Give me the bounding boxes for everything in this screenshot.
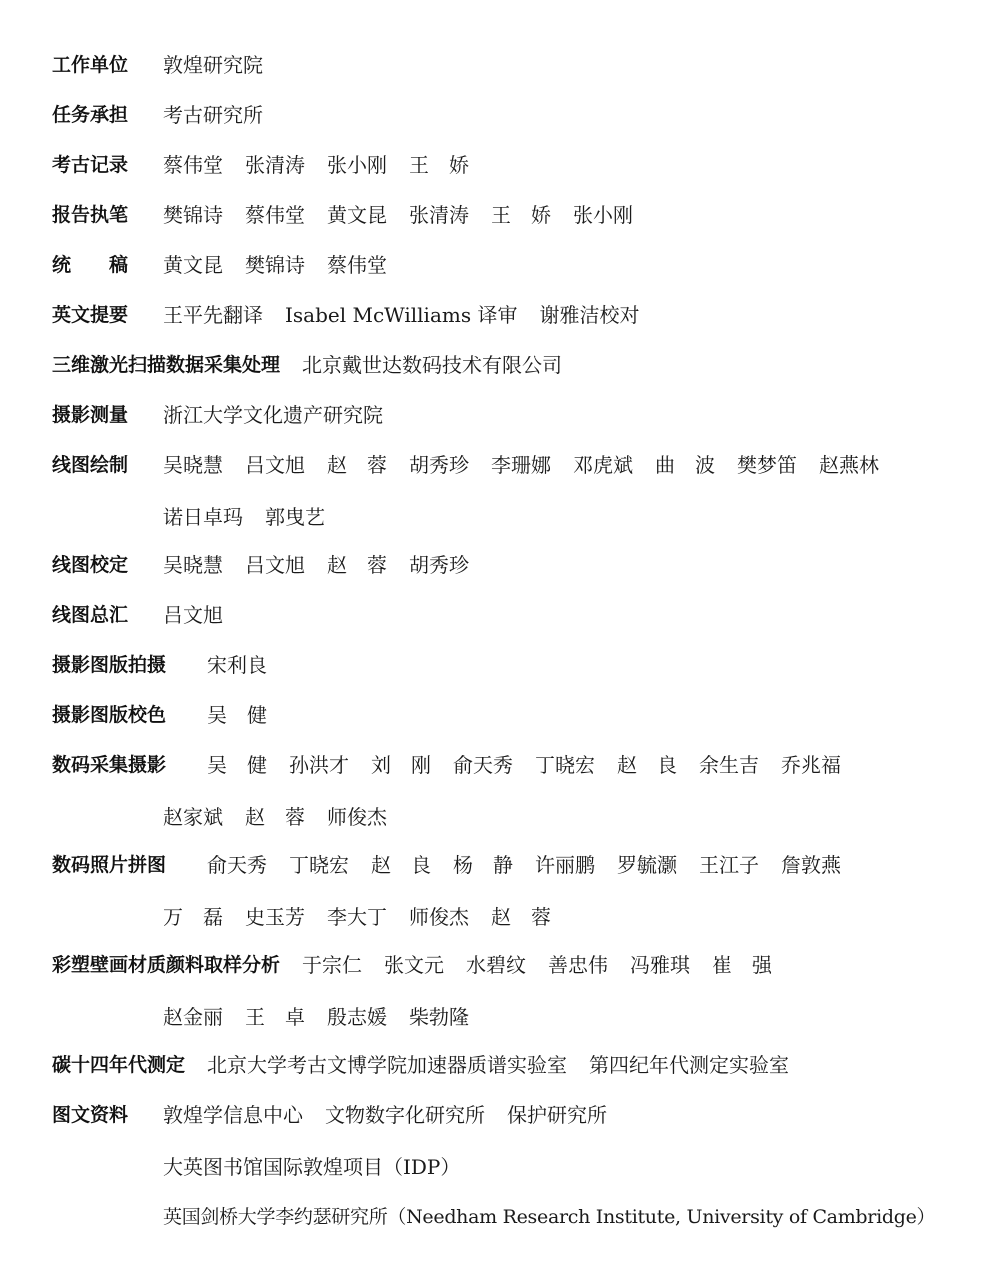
credit-value: 赵燕林 <box>819 450 879 480</box>
credit-value: 蔡伟堂 <box>327 250 387 280</box>
credit-value: 张文元 <box>384 950 444 980</box>
credit-label: 工作单位 <box>52 50 163 80</box>
credit-value: 吴晓慧 <box>163 550 223 580</box>
credit-label: 线图绘制 <box>52 450 163 480</box>
credit-value: 第四纪年代测定实验室 <box>589 1050 789 1080</box>
credit-value: 胡秀珍 <box>409 550 469 580</box>
credit-value: 赵 良 <box>617 750 677 780</box>
credit-value: 俞天秀 <box>453 750 513 780</box>
credit-label: 摄影测量 <box>52 400 163 430</box>
credit-value: 黄文昆 <box>163 250 223 280</box>
credit-value: 北京大学考古文博学院加速器质谱实验室 <box>207 1050 567 1080</box>
credit-value: 文物数字化研究所 <box>325 1100 485 1130</box>
credit-value: 赵金丽 <box>163 1001 223 1030</box>
credit-value: 李大丁 <box>327 901 387 930</box>
credit-value: 大英图书馆国际敦煌项目（IDP） <box>163 1151 460 1180</box>
credit-row-line-drawing-continued: 诺日卓玛 郭曳艺 <box>163 500 347 530</box>
credit-value: 余生吉 <box>699 750 759 780</box>
credit-value: 张小刚 <box>327 150 387 180</box>
credit-value: 史玉芳 <box>245 901 305 930</box>
credit-row-material-analysis: 彩塑壁画材质颜料取样分析 于宗仁 张文元 水碧纹 善忠伟 冯雅琪 崔 强 <box>52 950 794 980</box>
credit-row-image-materials-continued-2: 英国剑桥大学李约瑟研究所（Needham Research Institute,… <box>163 1200 957 1230</box>
credit-value: 吕文旭 <box>245 550 305 580</box>
credit-value: 浙江大学文化遗产研究院 <box>163 400 383 430</box>
credit-value: 吴 健 <box>207 700 267 730</box>
credit-value: 吕文旭 <box>163 600 223 630</box>
credit-value: 蔡伟堂 <box>245 200 305 230</box>
credit-row-image-materials-continued: 大英图书馆国际敦煌项目（IDP） <box>163 1150 482 1180</box>
credit-row-photo-stitching: 数码照片拼图 俞天秀 丁晓宏 赵 良 杨 静 许丽鹏 罗毓灏 王江子 詹敦燕 <box>52 850 863 880</box>
credit-value: 罗毓灏 <box>617 850 677 880</box>
credit-value: 王 娇 <box>491 200 551 230</box>
credit-value: 杨 静 <box>453 850 513 880</box>
credit-label: 三维激光扫描数据采集处理 <box>52 350 280 380</box>
credit-value: 冯雅琪 <box>630 950 690 980</box>
credit-value: 谢雅洁校对 <box>539 300 639 330</box>
credit-value: 吴 健 <box>207 750 267 780</box>
credit-value: 曲 波 <box>655 450 715 480</box>
credit-value: 蔡伟堂 <box>163 150 223 180</box>
credit-value: 丁晓宏 <box>289 850 349 880</box>
credit-value: 殷志媛 <box>327 1001 387 1030</box>
credit-label: 英文提要 <box>52 300 163 330</box>
credit-value: 崔 强 <box>712 950 772 980</box>
credit-row-photo-stitching-continued: 万 磊 史玉芳 李大丁 师俊杰 赵 蓉 <box>163 900 573 930</box>
credit-value: 赵 蓉 <box>327 550 387 580</box>
credit-value: 王 卓 <box>245 1001 305 1030</box>
credit-row-carbon-dating: 碳十四年代测定 北京大学考古文博学院加速器质谱实验室 第四纪年代测定实验室 <box>52 1050 811 1080</box>
credit-row-digital-capture: 数码采集摄影 吴 健 孙洪才 刘 刚 俞天秀 丁晓宏 赵 良 余生吉 乔兆福 <box>52 750 863 780</box>
credit-value: 王 娇 <box>409 150 469 180</box>
credit-value: 丁晓宏 <box>535 750 595 780</box>
credit-row-final-draft: 统 稿 黄文昆 樊锦诗 蔡伟堂 <box>52 250 409 280</box>
credit-row-english-abstract: 英文提要 王平先翻译 Isabel McWilliams 译审 谢雅洁校对 <box>52 300 661 330</box>
credit-value: 张清涛 <box>245 150 305 180</box>
credit-value: 宋利良 <box>207 650 267 680</box>
credit-label: 数码采集摄影 <box>52 750 207 780</box>
credit-label: 摄影图版校色 <box>52 700 207 730</box>
credit-row-line-drawing-check: 线图校定 吴晓慧 吕文旭 赵 蓉 胡秀珍 <box>52 550 491 580</box>
credit-value: 詹敦燕 <box>781 850 841 880</box>
credit-value: 樊锦诗 <box>245 250 305 280</box>
credit-value: 师俊杰 <box>409 901 469 930</box>
credit-value: 胡秀珍 <box>409 450 469 480</box>
credit-value: 樊梦笛 <box>737 450 797 480</box>
credit-row-work-unit: 工作单位 敦煌研究院 <box>52 50 285 80</box>
credit-value: 李珊娜 <box>491 450 551 480</box>
credit-value: 敦煌研究院 <box>163 50 263 80</box>
credit-value: 王江子 <box>699 850 759 880</box>
credit-value: 黄文昆 <box>327 200 387 230</box>
credit-label: 摄影图版拍摄 <box>52 650 207 680</box>
credit-row-digital-capture-continued: 赵家斌 赵 蓉 师俊杰 <box>163 800 409 830</box>
credit-value: 赵家斌 <box>163 801 223 830</box>
credit-value: 师俊杰 <box>327 801 387 830</box>
credit-value: 郭曳艺 <box>265 501 325 530</box>
credit-row-photo-plates: 摄影图版拍摄 宋利良 <box>52 650 289 680</box>
credit-value: 赵 蓉 <box>491 901 551 930</box>
credit-label: 彩塑壁画材质颜料取样分析 <box>52 950 280 980</box>
credit-value: 许丽鹏 <box>535 850 595 880</box>
credit-value: 王平先翻译 <box>163 300 263 330</box>
credit-value: 保护研究所 <box>507 1100 607 1130</box>
credit-value: 孙洪才 <box>289 750 349 780</box>
credit-value: 乔兆福 <box>781 750 841 780</box>
credit-value: 柴勃隆 <box>409 1001 469 1030</box>
credit-value: 刘 刚 <box>371 750 431 780</box>
credit-label: 统 稿 <box>52 250 163 280</box>
credit-row-material-analysis-continued: 赵金丽 王 卓 殷志媛 柴勃隆 <box>163 1000 491 1030</box>
credit-label: 图文资料 <box>52 1100 163 1130</box>
credit-label: 数码照片拼图 <box>52 850 207 880</box>
credit-label: 线图总汇 <box>52 600 163 630</box>
credit-value: 万 磊 <box>163 901 223 930</box>
credit-value: 赵 蓉 <box>245 801 305 830</box>
credit-value: 樊锦诗 <box>163 200 223 230</box>
credit-label: 报告执笔 <box>52 200 163 230</box>
credit-value: 张清涛 <box>409 200 469 230</box>
credit-value: 敦煌学信息中心 <box>163 1100 303 1130</box>
credit-value: 吴晓慧 <box>163 450 223 480</box>
credit-label: 考古记录 <box>52 150 163 180</box>
credit-row-photo-color: 摄影图版校色 吴 健 <box>52 700 289 730</box>
credit-value: 于宗仁 <box>302 950 362 980</box>
credit-value: Isabel McWilliams 译审 <box>285 300 517 330</box>
credit-row-line-drawing-summary: 线图总汇 吕文旭 <box>52 600 245 630</box>
credit-row-archaeology-record: 考古记录 蔡伟堂 张清涛 张小刚 王 娇 <box>52 150 491 180</box>
credit-value: 邓虎斌 <box>573 450 633 480</box>
credit-value: 张小刚 <box>573 200 633 230</box>
credit-label: 任务承担 <box>52 100 163 130</box>
credit-value: 水碧纹 <box>466 950 526 980</box>
credit-value: 北京戴世达数码技术有限公司 <box>302 350 562 380</box>
credit-row-photogrammetry: 摄影测量 浙江大学文化遗产研究院 <box>52 400 405 430</box>
credit-row-image-materials: 图文资料 敦煌学信息中心 文物数字化研究所 保护研究所 <box>52 1100 629 1130</box>
credit-value: 英国剑桥大学李约瑟研究所（Needham Research Institute,… <box>163 1202 935 1229</box>
credit-label: 线图校定 <box>52 550 163 580</box>
credit-value: 俞天秀 <box>207 850 267 880</box>
credit-value: 赵 蓉 <box>327 450 387 480</box>
credit-value: 吕文旭 <box>245 450 305 480</box>
credit-row-3d-scan: 三维激光扫描数据采集处理 北京戴世达数码技术有限公司 <box>52 350 584 380</box>
credit-row-task: 任务承担 考古研究所 <box>52 100 285 130</box>
credit-value: 考古研究所 <box>163 100 263 130</box>
credit-value: 善忠伟 <box>548 950 608 980</box>
credit-label: 碳十四年代测定 <box>52 1050 185 1080</box>
credit-row-line-drawing: 线图绘制 吴晓慧 吕文旭 赵 蓉 胡秀珍 李珊娜 邓虎斌 曲 波 樊梦笛 赵燕林 <box>52 450 901 480</box>
credit-row-report-writing: 报告执笔 樊锦诗 蔡伟堂 黄文昆 张清涛 王 娇 张小刚 <box>52 200 655 230</box>
credit-value: 赵 良 <box>371 850 431 880</box>
credit-value: 诺日卓玛 <box>163 501 243 530</box>
